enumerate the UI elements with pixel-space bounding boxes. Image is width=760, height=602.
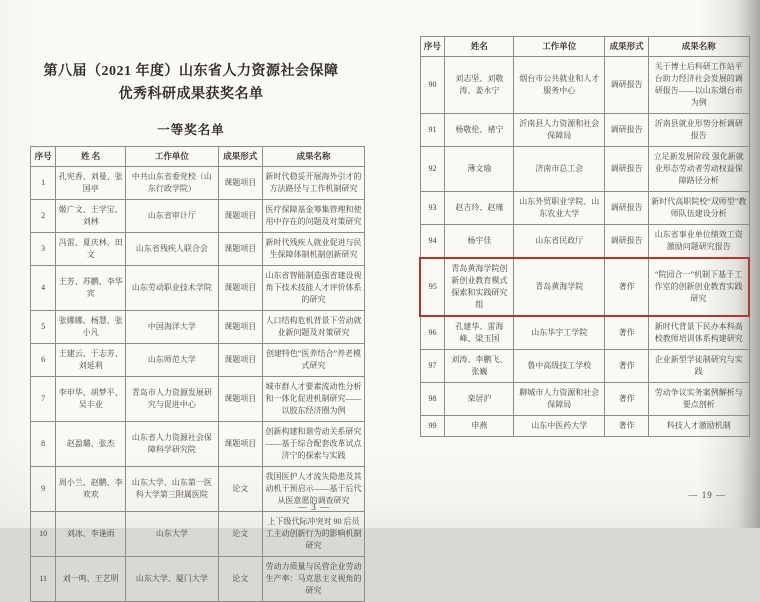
table-cell: 课题项目: [218, 376, 262, 421]
table-cell: 98: [420, 382, 445, 415]
table-cell: 山东中医药大学: [514, 415, 605, 436]
table-row: 2姬广文、王学宝、刘林山东省审计厅课题项目医疗保障基金筹集管理和使用中存在的问题…: [31, 199, 365, 232]
table-cell: 王建云、于志芳、刘延利: [56, 343, 126, 376]
table-cell: 92: [420, 146, 445, 191]
award-table-continued: 序号姓名工作单位成果形式成果名称90刘志坚、刘敬涛、姜永宁烟台市公共就业和人才服…: [419, 36, 750, 437]
table-cell: 课题项目: [218, 265, 262, 310]
table-cell: 山东省审计厅: [126, 199, 218, 232]
table-cell: 中共山东省委党校（山东行政学院）: [126, 166, 218, 199]
column-header: 姓名: [445, 37, 514, 57]
table-row: 7李申华、胡梦平、吴丰业青岛市人力资源发展研究与促进中心课题项目城市群人才要素流…: [31, 376, 365, 421]
table-cell: 山东华宇工学院: [514, 316, 605, 350]
table-cell: 城市群人才要素流动性分析和一体化促进机制研究——以胶东经济圈为例: [263, 376, 365, 421]
table-cell: 沂南县就业形势分析调研报告: [649, 113, 749, 146]
table-cell: 孔宪香、刘曼、张国亭: [56, 166, 126, 199]
table-row: 6王建云、于志芳、刘延利山东师范大学课题项目创建特色“医养结合”养老模式研究: [31, 343, 365, 376]
document-title: 第八届（2021 年度）山东省人力资源社会保障 优秀科研成果获奖名单: [0, 60, 382, 106]
table-cell: 张娜娜、杨慧、张小凡: [56, 310, 126, 343]
table-row: 98栾居沪聊城市人力资源和社会保障局著作劳动争议实务案例解析与要点剖析: [420, 382, 749, 415]
table-cell: 赵吉玲、赵瑾: [445, 191, 514, 224]
table-cell: 青岛黄海学院创新创业教育模式探索和实践研究组: [445, 258, 514, 316]
table-cell: 关于博士后科研工作站平台助力经济社会发展的调研报告——以山东烟台市为例: [649, 56, 749, 113]
table-cell: 山东大学、山东第一医科大学第三附属医院: [126, 466, 218, 511]
table-row: 5张娜娜、杨慧、张小凡中国海洋大学课题项目人口结构危机背景下劳动就业新问题及对策…: [31, 310, 365, 343]
table-cell: 著作: [605, 316, 649, 350]
table-cell: 7: [31, 376, 56, 421]
table-row: 99申燕山东中医药大学著作科技人才激励机制: [420, 415, 749, 436]
table-cell: 青岛市人力资源发展研究与促进中心: [126, 376, 218, 421]
table-cell: 调研报告: [605, 113, 649, 146]
table-cell: 医疗保障基金筹集管理和使用中存在的问题及对策研究: [263, 199, 365, 232]
table-header-row: 序号姓名工作单位成果形式成果名称: [420, 37, 749, 57]
column-header: 成果形式: [605, 37, 649, 57]
table-cell: 烟台市公共就业和人才服务中心: [514, 56, 605, 113]
table-cell: 著作: [605, 415, 649, 436]
table-cell: 课题项目: [218, 310, 262, 343]
table-cell: 3: [31, 232, 56, 265]
table-row: 3冯雷、夏庆林、田文山东省残疾人联合会课题项目新时代残疾人就业促进与民生保障体制…: [31, 232, 365, 265]
column-header: 成果名称: [263, 147, 365, 167]
table-cell: 97: [420, 349, 445, 382]
table-cell: 山东省智能制造强省建设视角下技术技能人才评价体系的研究: [263, 265, 365, 310]
table-cell: 9: [31, 466, 56, 511]
table-cell: “院园合一”机制下基于工作室的创新创业教育实践研究: [649, 258, 749, 316]
page-number-left: — 3 —: [298, 502, 330, 512]
table-cell: 山东省民政厅: [514, 224, 605, 258]
table-cell: 6: [31, 343, 56, 376]
table-cell: 调研报告: [605, 224, 649, 258]
table-cell: 著作: [605, 349, 649, 382]
table-cell: 新时代稳妥开展海外引才的方法路径与工作机制研究: [263, 166, 365, 199]
table-cell: 沂南县人力资源和社会保障局: [514, 113, 605, 146]
table-row: 10刘冰、李逢雨山东大学论文上下级代际冲突对 90 后员工主动创新行为的影响机制…: [31, 511, 365, 528]
table-row: 8赵盈璐、张杰山东省人力资源社会保障科学研究院课题项目创新构建和谐劳动关系研究—…: [31, 421, 365, 466]
table-cell: 劳动争议实务案例解析与要点剖析: [649, 382, 749, 415]
section-title: 一等奖名单: [0, 120, 382, 138]
table-cell: 2: [31, 199, 56, 232]
table-cell: 1: [31, 166, 56, 199]
table-cell: 山东外贸职业学院、山东农业大学: [514, 191, 605, 224]
table-cell: 论文: [218, 466, 262, 511]
table-cell: 李申华、胡梦平、吴丰业: [56, 376, 126, 421]
page-number-right: — 19 —: [689, 490, 727, 500]
table-cell: 课题项目: [218, 199, 262, 232]
column-header: 工作单位: [126, 147, 218, 167]
table-row: 93赵吉玲、赵瑾山东外贸职业学院、山东农业大学调研报告新时代高职院校“双师型”教…: [420, 191, 749, 224]
table-cell: 山东师范大学: [126, 343, 218, 376]
table-cell: 鲁中高级技工学校: [514, 349, 605, 382]
table-cell: 著作: [605, 258, 649, 316]
table-cell: 山东劳动职业技术学院: [126, 265, 218, 310]
table-cell: 刘涛、李鹏飞、张巍: [445, 349, 514, 382]
table-cell: 刘冰、李逢雨: [56, 511, 126, 528]
table-cell: 99: [420, 415, 445, 436]
document-title-line2: 优秀科研成果获奖名单: [0, 83, 382, 106]
table-cell: 姬广文、王学宝、刘林: [56, 199, 126, 232]
column-header: 工作单位: [514, 37, 605, 57]
table-cell: 杨敬伦、褚宁: [445, 113, 514, 146]
table-cell: 创建特色“医养结合”养老模式研究: [263, 343, 365, 376]
table-row: 91杨敬伦、褚宁沂南县人力资源和社会保障局调研报告沂南县就业形势分析调研报告: [420, 113, 749, 146]
table-cell: 调研报告: [605, 56, 649, 113]
table-cell: 著作: [605, 382, 649, 415]
table-cell: 创新构建和谐劳动关系研究——基于综合配套改革试点济宁的探索与实践: [263, 421, 365, 466]
table-cell: 96: [420, 316, 445, 350]
table-cell: 王芳、苏鹏、李华宾: [56, 265, 126, 310]
table-cell: 调研报告: [605, 191, 649, 224]
column-header: 序号: [420, 37, 445, 57]
table-cell: 94: [420, 224, 445, 258]
document-spread: 第八届（2021 年度）山东省人力资源社会保障 优秀科研成果获奖名单 一等奖名单…: [0, 0, 760, 528]
table-header-row: 序号姓 名工作单位成果形式成果名称: [31, 147, 365, 167]
table-cell: 孔建华、雷海峰、梁玉国: [445, 316, 514, 350]
column-header: 成果形式: [218, 147, 262, 167]
table-row: 96孔建华、雷海峰、梁玉国山东华宇工学院著作新时代背景下民办本科高校教师培训体系…: [420, 316, 749, 350]
table-cell: 90: [420, 56, 445, 113]
table-cell: 山东省事业单位绩效工资激励问题研究报告: [649, 224, 749, 258]
table-cell: 4: [31, 265, 56, 310]
column-header: 序号: [31, 147, 56, 167]
table-cell: 调研报告: [605, 146, 649, 191]
table-cell: 山东大学: [126, 511, 218, 528]
table-cell: 聊城市人力资源和社会保障局: [514, 382, 605, 415]
document-title-line1: 第八届（2021 年度）山东省人力资源社会保障: [0, 60, 382, 83]
table-cell: 5: [31, 310, 56, 343]
table-row: 94杨宇佳山东省民政厅调研报告山东省事业单位绩效工资激励问题研究报告: [420, 224, 749, 258]
table-cell: 新时代残疾人就业促进与民生保障体制机制创新研究: [263, 232, 365, 265]
table-cell: 论文: [218, 511, 262, 528]
table-cell: 企业新型学徒制研究与实践: [649, 349, 749, 382]
table-cell: 冯雷、夏庆林、田文: [56, 232, 126, 265]
table-cell: 薄文瑜: [445, 146, 514, 191]
table-cell: 课题项目: [218, 232, 262, 265]
column-header: 成果名称: [649, 37, 749, 57]
table-cell: 课题项目: [218, 421, 262, 466]
table-row: 92薄文瑜济南市总工会调研报告立足新发展阶段 强化新就业形态劳动者劳动权益保障路…: [420, 146, 749, 191]
table-row: 4王芳、苏鹏、李华宾山东劳动职业技术学院课题项目山东省智能制造强省建设视角下技术…: [31, 265, 365, 310]
table-cell: 人口结构危机背景下劳动就业新问题及对策研究: [263, 310, 365, 343]
page-right: 序号姓名工作单位成果形式成果名称90刘志坚、刘敬涛、姜永宁烟台市公共就业和人才服…: [388, 0, 754, 528]
table-row: 97刘涛、李鹏飞、张巍鲁中高级技工学校著作企业新型学徒制研究与实践: [420, 349, 749, 382]
column-header: 姓 名: [56, 147, 126, 167]
table-cell: 山东省人力资源社会保障科学研究院: [126, 421, 218, 466]
table-cell: 93: [420, 191, 445, 224]
table-cell: 上下级代际冲突对 90 后员工主动创新行为的影响机制研究: [263, 511, 365, 528]
table-cell: 课题项目: [218, 166, 262, 199]
table-row: 90刘志坚、刘敬涛、姜永宁烟台市公共就业和人才服务中心调研报告关于博士后科研工作…: [420, 56, 749, 113]
table-cell: 栾居沪: [445, 382, 514, 415]
table-cell: 杨宇佳: [445, 224, 514, 258]
table-cell: 课题项目: [218, 343, 262, 376]
table-cell: 刘志坚、刘敬涛、姜永宁: [445, 56, 514, 113]
table-row-highlighted: 95青岛黄海学院创新创业教育模式探索和实践研究组青岛黄海学院著作“院园合一”机制…: [420, 258, 749, 316]
table-cell: 立足新发展阶段 强化新就业形态劳动者劳动权益保障路径分析: [649, 146, 749, 191]
table-cell: 山东省残疾人联合会: [126, 232, 218, 265]
table-cell: 周小兰、赵鹏、李欢欢: [56, 466, 126, 511]
table-cell: 中国海洋大学: [126, 310, 218, 343]
table-cell: 8: [31, 421, 56, 466]
table-cell: 95: [420, 258, 445, 316]
table-cell: 10: [31, 511, 56, 528]
page-left: 第八届（2021 年度）山东省人力资源社会保障 优秀科研成果获奖名单 一等奖名单…: [0, 0, 382, 528]
table-cell: 赵盈璐、张杰: [56, 421, 126, 466]
table-cell: 申燕: [445, 415, 514, 436]
table-cell: 科技人才激励机制: [649, 415, 749, 436]
table-cell: 新时代背景下民办本科高校教师培训体系构建研究: [649, 316, 749, 350]
table-row: 1孔宪香、刘曼、张国亭中共山东省委党校（山东行政学院）课题项目新时代稳妥开展海外…: [31, 166, 365, 199]
first-prize-table: 序号姓 名工作单位成果形式成果名称1孔宪香、刘曼、张国亭中共山东省委党校（山东行…: [30, 146, 365, 528]
table-cell: 济南市总工会: [514, 146, 605, 191]
table-cell: 91: [420, 113, 445, 146]
table-cell: 新时代高职院校“双师型”教师队伍建设分析: [649, 191, 749, 224]
table-cell: 青岛黄海学院: [514, 258, 605, 316]
